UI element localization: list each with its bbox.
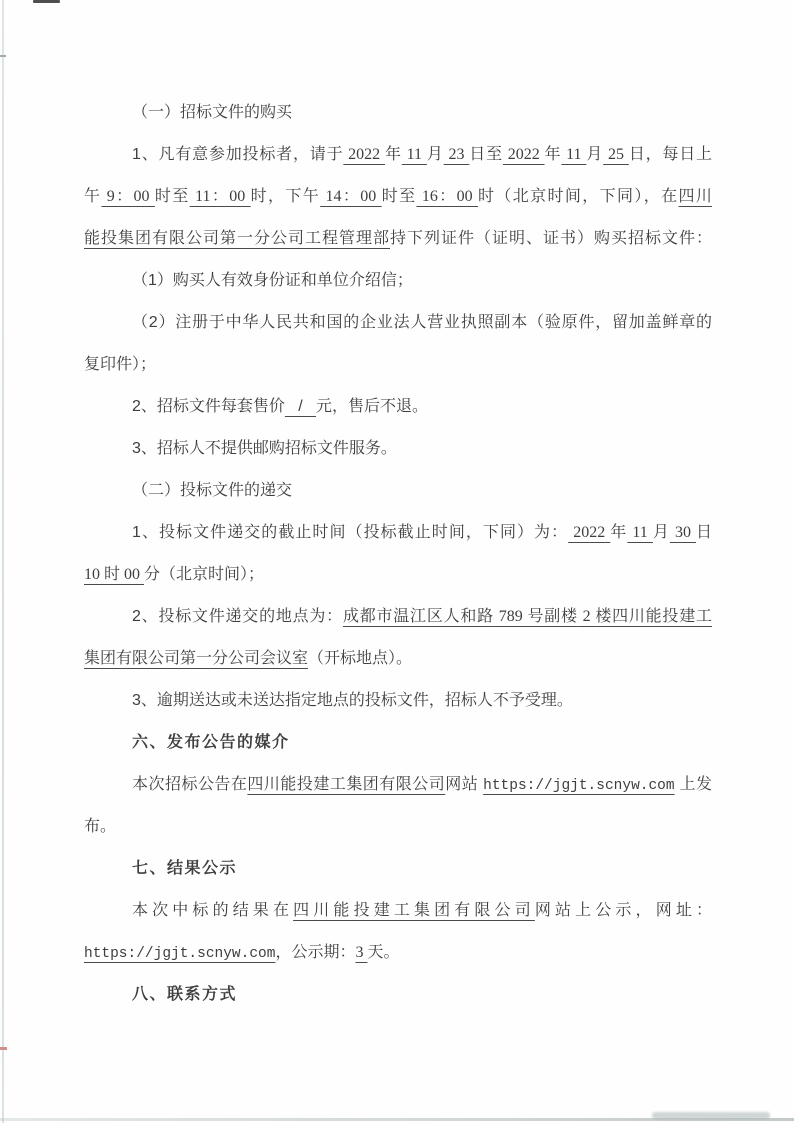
text-run: （2）注册于中华人民共和国的企业法人营业执照副本（验原件，留加盖鲜章的 <box>132 314 712 331</box>
underlined-fill-in-text: 号副楼 <box>527 608 577 625</box>
document-line: 午 9：00 时至 11：00 时，下午 14：00 时至 16：00 时（北京… <box>84 176 712 218</box>
text-run: 网站 <box>445 776 483 793</box>
underlined-fill-in-text: 23 <box>444 146 470 163</box>
section-heading: 六、发布公告的媒介 <box>132 734 290 751</box>
text-run: 3、招标人不提供邮购招标文件服务。 <box>132 440 397 457</box>
document-line: 1、投标文件递交的截止时间（投标截止时间，下同）为： 2022 年 11 月 3… <box>84 512 712 554</box>
underlined-fill-in-text: 能投集团有限公司第一分公司工程管理部 <box>84 230 390 247</box>
document-line: 本次中标的结果在四川能投建工集团有限公司网站上公示，网址： <box>84 890 712 932</box>
text-run: 本次招标公告在 <box>132 776 247 793</box>
bottom-right-smudge-artifact <box>652 1112 770 1119</box>
scanned-document-page: （一）招标文件的购买1、凡有意参加投标者，请于 2022 年 11 月 23 日… <box>0 0 794 1123</box>
underlined-fill-in-text: 9：00 <box>101 188 155 205</box>
text-run: 时，下午 <box>251 188 321 205</box>
document-line: 集团有限公司第一分公司会议室（开标地点）。 <box>84 638 712 680</box>
text-run: 日 <box>696 524 712 541</box>
underlined-fill-in-text: 11 <box>561 146 586 163</box>
text-run: 本次中标的结果在 <box>132 902 293 919</box>
text-run: 布。 <box>84 818 116 835</box>
text-run: （一）招标文件的购买 <box>132 104 292 121</box>
underlined-fill-in-text: 四川 <box>679 188 712 205</box>
document-line: 八、联系方式 <box>84 974 712 1016</box>
left-edge-tick-artifact <box>0 55 6 57</box>
section-heading: 八、联系方式 <box>132 986 237 1003</box>
underlined-fill-in-text: 楼四川能投建工 <box>595 608 712 625</box>
document-line: 本次招标公告在四川能投建工集团有限公司网站 https://jgjt.scnyw… <box>84 764 712 806</box>
text-run: 2、招标文件每套售价 <box>132 398 285 415</box>
text-run: 分（北京时间）； <box>144 566 264 583</box>
document-line: https://jgjt.scnyw.com，公示期：3 天。 <box>84 932 712 974</box>
document-line: （二）投标文件的递交 <box>84 470 712 512</box>
text-run: 3、逾期送达或未送达指定地点的投标文件，招标人不予受理。 <box>132 692 573 709</box>
url-text: https://jgjt.scnyw.com <box>483 778 674 794</box>
underlined-fill-in-text: 10 时 00 <box>84 566 144 583</box>
text-run: 上发 <box>675 776 712 793</box>
text-run: 2、投标文件递交的地点为： <box>132 608 343 625</box>
text-run: 复印件）； <box>84 356 156 373</box>
text-run: （开标地点）。 <box>308 650 412 667</box>
document-line: 七、结果公示 <box>84 848 712 890</box>
underlined-fill-in-text: 2 <box>578 608 596 625</box>
text-run: 午 <box>84 188 101 205</box>
text-run: 年 <box>610 524 627 541</box>
text-run: （二）投标文件的递交 <box>132 482 292 499</box>
underlined-fill-in-text: 2022 <box>343 146 385 163</box>
underlined-fill-in-text: 2022 <box>568 524 610 541</box>
underlined-fill-in-text: 789 <box>494 608 528 625</box>
text-run: 天。 <box>367 944 399 961</box>
document-line: 10 时 00 分（北京时间）； <box>84 554 712 596</box>
text-run: 年 <box>385 146 402 163</box>
document-line: 六、发布公告的媒介 <box>84 722 712 764</box>
document-line: 复印件）； <box>84 344 712 386</box>
text-run: 1、投标文件递交的截止时间（投标截止时间，下同）为： <box>132 524 568 541</box>
document-line: （一）招标文件的购买 <box>84 92 712 134</box>
underlined-fill-in-text: 14：00 <box>320 188 382 205</box>
underlined-fill-in-text: 四川能投建工集团有限公司 <box>247 776 445 793</box>
left-edge-pink-tick-artifact <box>0 1047 7 1050</box>
text-run: 1、凡有意参加投标者，请于 <box>132 146 343 163</box>
text-run: 时至 <box>382 188 417 205</box>
url-text: https://jgjt.scnyw.com <box>84 946 275 962</box>
document-line: 2、投标文件递交的地点为：成都市温江区人和路 789 号副楼 2 楼四川能投建工 <box>84 596 712 638</box>
underlined-fill-in-text: 16：00 <box>416 188 478 205</box>
text-run: 月 <box>586 146 603 163</box>
text-run: 月 <box>653 524 670 541</box>
text-run: 日至 <box>469 146 503 163</box>
text-run: 时（北京时间，下同），在 <box>478 188 679 205</box>
section-heading: 七、结果公示 <box>132 860 237 877</box>
underlined-fill-in-text: 成都市温江区人和路 <box>343 608 494 625</box>
text-run: ，公示期： <box>275 944 355 961</box>
text-run: （1）购买人有效身份证和单位介绍信； <box>132 272 413 289</box>
document-line: 能投集团有限公司第一分公司工程管理部持下列证件（证明、证书）购买招标文件： <box>84 218 712 260</box>
document-line: 3、招标人不提供邮购招标文件服务。 <box>84 428 712 470</box>
document-line: （1）购买人有效身份证和单位介绍信； <box>84 260 712 302</box>
document-line: 1、凡有意参加投标者，请于 2022 年 11 月 23 日至 2022 年 1… <box>84 134 712 176</box>
text-run: 持下列证件（证明、证书）购买招标文件： <box>390 230 712 247</box>
left-edge-scan-line-artifact <box>2 0 4 1123</box>
underlined-fill-in-text: 25 <box>603 146 629 163</box>
text-run: 网站上公示，网址： <box>535 902 712 919</box>
underlined-fill-in-text: 11 <box>627 524 653 541</box>
underlined-fill-in-text: 3 <box>355 944 367 961</box>
document-line: （2）注册于中华人民共和国的企业法人营业执照副本（验原件，留加盖鲜章的 <box>84 302 712 344</box>
underlined-fill-in-text: 2022 <box>503 146 545 163</box>
underlined-fill-in-text: 11：00 <box>190 188 251 205</box>
document-body: （一）招标文件的购买1、凡有意参加投标者，请于 2022 年 11 月 23 日… <box>84 92 712 1016</box>
underlined-fill-in-text: 30 <box>670 524 696 541</box>
text-run: 时至 <box>155 188 190 205</box>
text-run: 年 <box>545 146 562 163</box>
text-run: 元，售后不退。 <box>316 398 428 415</box>
underlined-fill-in-text: 11 <box>402 146 427 163</box>
document-line: 2、招标文件每套售价 / 元，售后不退。 <box>84 386 712 428</box>
underlined-fill-in-text: 集团有限公司第一分公司会议室 <box>84 650 308 667</box>
text-run: 月 <box>427 146 444 163</box>
document-line: 3、逾期送达或未送达指定地点的投标文件，招标人不予受理。 <box>84 680 712 722</box>
underlined-fill-in-text: 四川能投建工集团有限公司 <box>293 902 535 919</box>
top-left-dash-artifact <box>33 0 60 3</box>
underlined-fill-in-text: / <box>285 398 316 415</box>
document-line: 布。 <box>84 806 712 848</box>
text-run: 日，每日上 <box>629 146 712 163</box>
bottom-edge-scan-line-artifact <box>0 1118 794 1121</box>
